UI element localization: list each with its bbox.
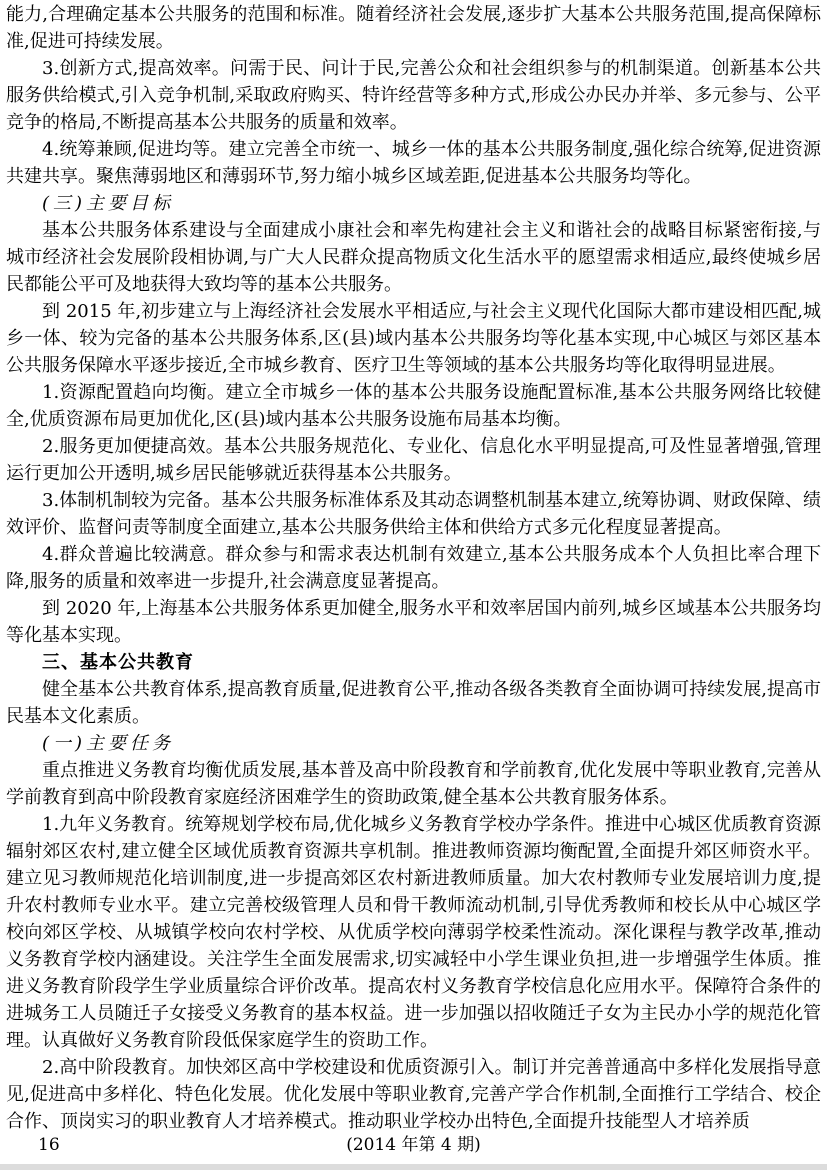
paragraph: 1.九年义务教育。统筹规划学校布局,优化城乡义务教育学校办学条件。推进中心城区优…	[6, 811, 821, 1054]
paragraph: 基本公共服务体系建设与全面建成小康社会和率先构建社会主义和谐社会的战略目标紧密衔…	[6, 217, 821, 298]
page-number: 16	[38, 1131, 60, 1159]
issue-label: (2014 年第 4 期)	[346, 1135, 481, 1155]
paragraph-continuation: 能力,合理确定基本公共服务的范围和标准。随着经济社会发展,逐步扩大基本公共服务范…	[6, 1, 821, 55]
document-page: 能力,合理确定基本公共服务的范围和标准。随着经济社会发展,逐步扩大基本公共服务范…	[0, 0, 827, 1170]
document-body: 能力,合理确定基本公共服务的范围和标准。随着经济社会发展,逐步扩大基本公共服务范…	[6, 1, 821, 1137]
paragraph: 4.统筹兼顾,促进均等。建立完善全市统一、城乡一体的基本公共服务制度,强化综合统…	[6, 136, 821, 190]
section-subheading: (三)主要目标	[6, 190, 821, 217]
paragraph: 重点推进义务教育均衡优质发展,基本普及高中阶段教育和学前教育,优化发展中等职业教…	[6, 757, 821, 811]
page-footer: 16 (2014 年第 4 期)	[0, 1131, 827, 1159]
paragraph: 到 2015 年,初步建立与上海经济社会发展水平相适应,与社会主义现代化国际大都…	[6, 298, 821, 379]
paragraph: 3.体制机制较为完备。基本公共服务标准体系及其动态调整机制基本建立,统筹协调、财…	[6, 487, 821, 541]
scan-edge-artifact	[0, 1164, 827, 1170]
paragraph: 健全基本公共教育体系,提高教育质量,促进教育公平,推动各级各类教育全面协调可持续…	[6, 676, 821, 730]
paragraph: 到 2020 年,上海基本公共服务体系更加健全,服务水平和效率居国内前列,城乡区…	[6, 595, 821, 649]
paragraph: 4.群众普遍比较满意。群众参与和需求表达机制有效建立,基本公共服务成本个人负担比…	[6, 541, 821, 595]
paragraph: 2.高中阶段教育。加快郊区高中学校建设和优质资源引入。制订并完善普通高中多样化发…	[6, 1054, 821, 1135]
paragraph: 3.创新方式,提高效率。问需于民、问计于民,完善公众和社会组织参与的机制渠道。创…	[6, 55, 821, 136]
section-subheading: (一)主要任务	[6, 730, 821, 757]
paragraph: 2.服务更加便捷高效。基本公共服务规范化、专业化、信息化水平明显提高,可及性显著…	[6, 433, 821, 487]
paragraph: 1.资源配置趋向均衡。建立全市城乡一体的基本公共服务设施配置标准,基本公共服务网…	[6, 379, 821, 433]
chapter-heading: 三、基本公共教育	[6, 649, 821, 676]
